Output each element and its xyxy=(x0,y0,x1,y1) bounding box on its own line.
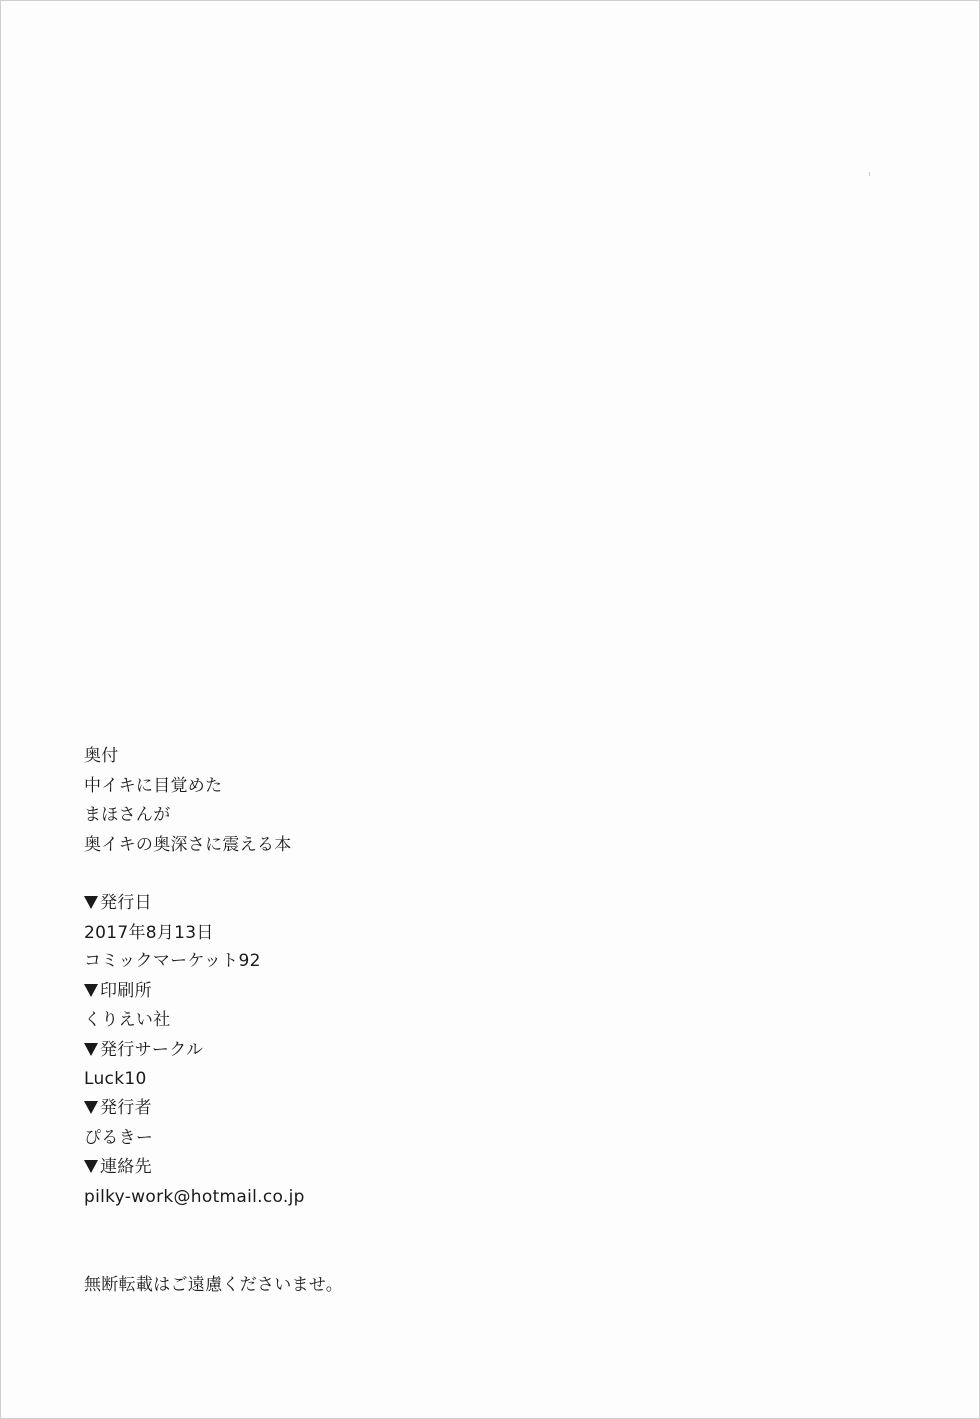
reprint-notice: 無断転載はご遠慮くださいませ。 xyxy=(84,1275,343,1295)
section-label-text: 発行者 xyxy=(100,1098,152,1118)
contact-email: pilky-work@hotmail.co.jp xyxy=(84,1187,305,1207)
down-triangle-icon xyxy=(84,1043,98,1056)
down-triangle-icon xyxy=(84,896,98,909)
section-label-text: 印刷所 xyxy=(100,981,152,1001)
section-label-circle: 発行サークル xyxy=(84,1040,203,1060)
section-label-publication-date: 発行日 xyxy=(84,893,152,913)
publisher-value: ぴるきー xyxy=(84,1128,153,1148)
section-label-contact: 連絡先 xyxy=(84,1157,152,1177)
down-triangle-icon xyxy=(84,984,98,997)
down-triangle-icon xyxy=(84,1160,98,1173)
colophon-heading: 奥付 xyxy=(84,746,119,766)
book-title-line-1: 中イキに目覚めた xyxy=(84,776,222,796)
publication-date-value: 2017年8月13日 xyxy=(84,923,214,943)
circle-value: Luck10 xyxy=(84,1069,147,1089)
section-label-publisher: 発行者 xyxy=(84,1098,152,1118)
down-triangle-icon xyxy=(84,1101,98,1114)
publication-event-value: コミックマーケット92 xyxy=(84,951,261,971)
book-title-line-3: 奥イキの奥深さに震える本 xyxy=(84,835,292,855)
book-title-line-2: まほさんが xyxy=(84,805,171,825)
section-label-text: 発行サークル xyxy=(100,1040,203,1060)
section-label-text: 発行日 xyxy=(100,893,152,913)
printer-value: くりえい社 xyxy=(84,1010,171,1030)
section-label-printer: 印刷所 xyxy=(84,981,152,1001)
document-page: 奥付 中イキに目覚めた まほさんが 奥イキの奥深さに震える本 発行日 2017年… xyxy=(0,0,980,1419)
scan-speck xyxy=(869,172,870,176)
section-label-text: 連絡先 xyxy=(100,1157,152,1177)
